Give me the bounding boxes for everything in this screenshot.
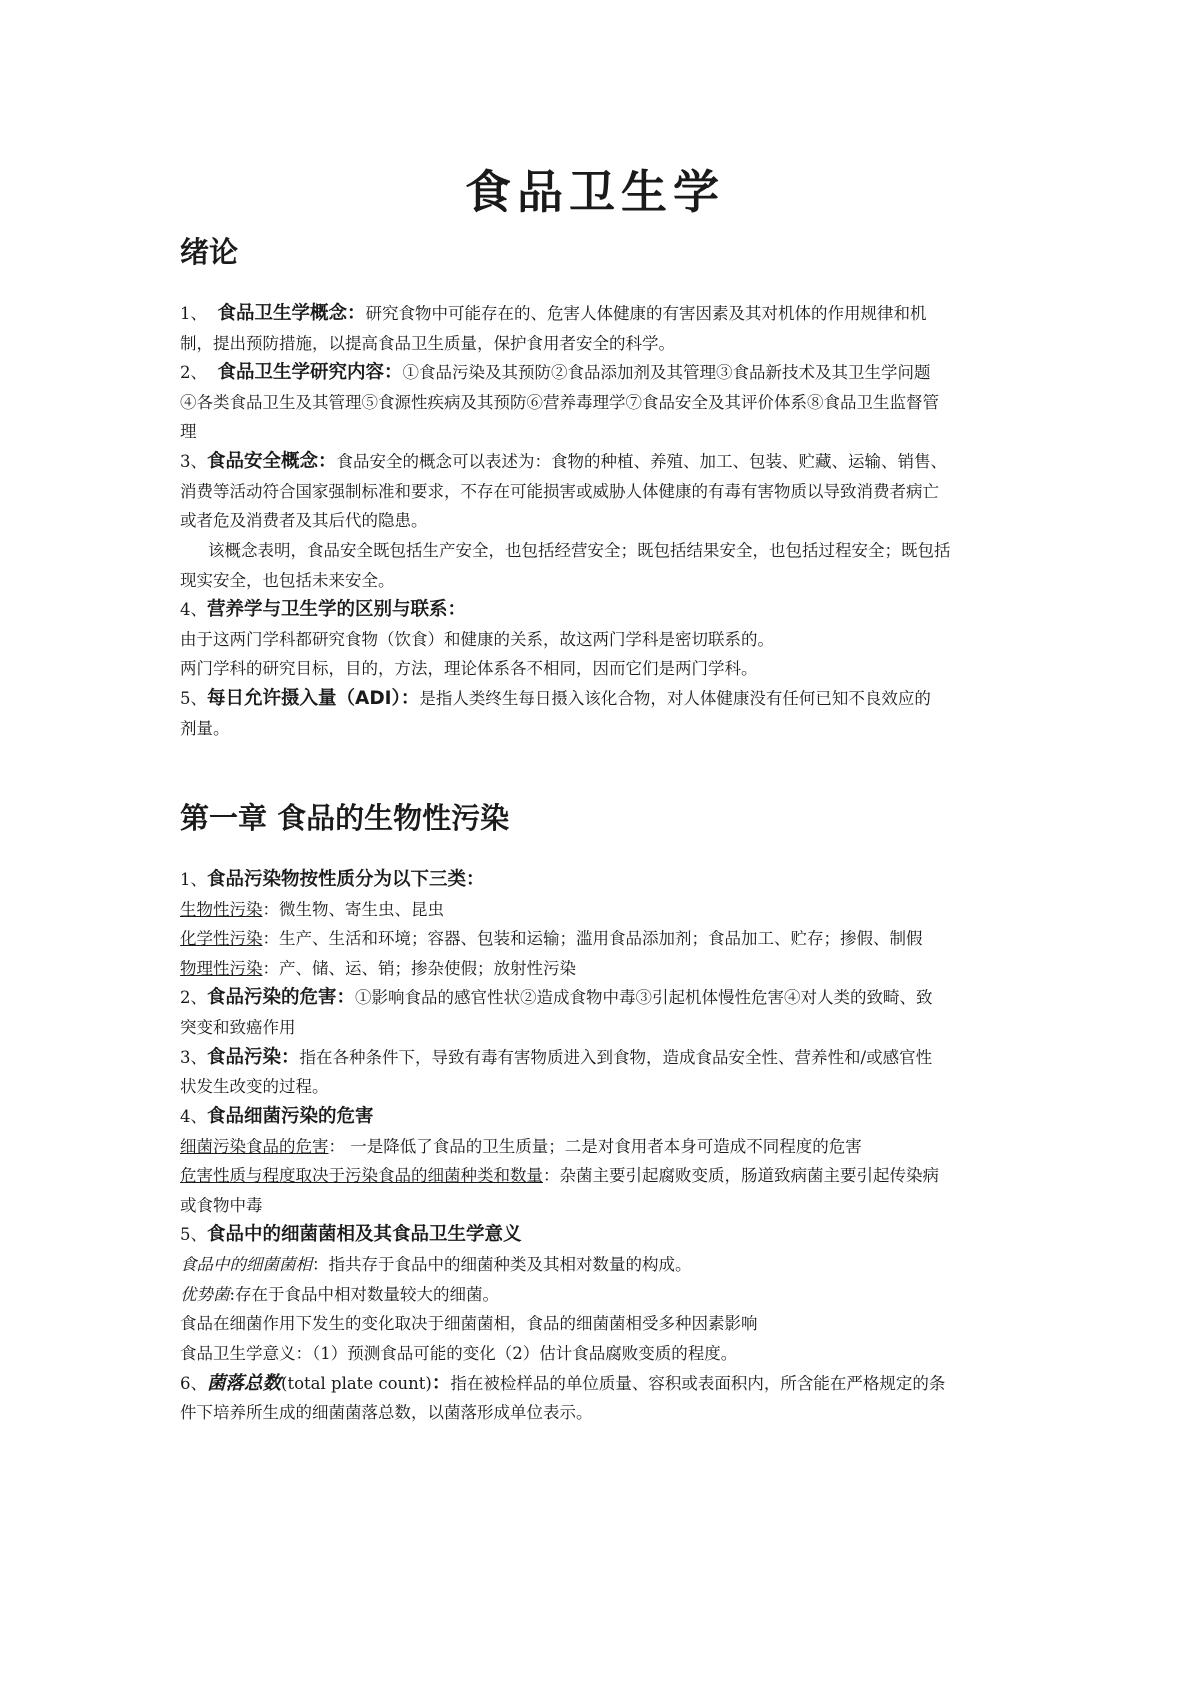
ch1-item-3-cont: 状发生改变的过程。 [180,1075,329,1099]
ch1-item-3: 3、食品污染：指在各种条件下，导致有毒有害物质进入到食物，造成食品安全性、营养性… [180,1046,932,1070]
intro-item-3-note: 现实安全，也包括未来安全。 [180,569,395,593]
ch1-item-5-sub: 优势菌:存在于食品中相对数量较大的细菌。 [180,1283,499,1307]
intro-item-2-cont: ④各类食品卫生及其管理⑤食源性疾病及其预防⑥营养毒理学⑦食品安全及其评价体系⑧食… [180,391,939,415]
intro-item-1: 1、 食品卫生学概念：研究食物中可能存在的、危害人体健康的有害因素及其对机体的作… [180,302,927,326]
intro-item-5-cont: 剂量。 [180,717,230,741]
ch1-item-1-sub: 化学性污染：生产、生活和环境；容器、包装和运输；滥用食品添加剂；食品加工、贮存；… [180,927,923,951]
intro-item-3-cont: 消费等活动符合国家强制标准和要求，不存在可能损害或威胁人体健康的有毒有害物质以导… [180,480,939,504]
ch1-item-5-sub: 食品中的细菌菌相：指共存于食品中的细菌种类及其相对数量的构成。 [180,1253,692,1277]
ch1-item-5: 5、食品中的细菌菌相及其食品卫生学意义 [180,1223,522,1247]
term: 食品污染 [207,1047,281,1068]
ch1-item-6: 6、菌落总数(total plate count)：指在被检样品的单位质量、容积… [180,1372,945,1396]
term: 食品安全概念 [207,451,318,472]
ch1-item-4: 4、食品细菌污染的危害 [180,1105,374,1129]
term: 食品卫生学概念 [218,303,348,324]
term: 食品污染的危害 [207,987,337,1008]
ch1-item-5-line: 食品卫生学意义：（1）预测食品可能的变化（2）估计食品腐败变质的程度。 [180,1342,737,1366]
ch1-item-4-sub: 危害性质与程度取决于污染食品的细菌种类和数量：杂菌主要引起腐败变质，肠道致病菌主… [180,1164,939,1188]
term: 营养学与卫生学的区别与联系 [207,599,448,620]
term: 每日允许摄入量（ADI） [207,688,401,709]
term: 食品中的细菌菌相及其食品卫生学意义 [207,1224,522,1245]
ch1-item-1-sub: 物理性污染：产、储、运、销；掺杂使假；放射性污染 [180,957,576,981]
ch1-item-4-sub: 细菌污染食品的危害： 一是降低了食品的卫生质量；二是对食用者本身可造成不同程度的… [180,1135,862,1159]
document-title: 食品卫生学 [180,162,1010,222]
intro-item-4-line: 由于这两门学科都研究食物（饮食）和健康的关系，故这两门学科是密切联系的。 [180,628,774,652]
intro-item-3: 3、食品安全概念：食品安全的概念可以表述为：食物的种植、养殖、加工、包装、贮藏、… [180,450,947,474]
intro-item-2: 2、 食品卫生学研究内容：①食品污染及其预防②食品添加剂及其管理③食品新技术及其… [180,361,931,385]
intro-item-4-line: 两门学科的研究目标，目的，方法，理论体系各不相同，因而它们是两门学科。 [180,657,758,681]
ch1-item-1: 1、食品污染物按性质分为以下三类： [180,868,485,892]
term: 食品细菌污染的危害 [207,1106,374,1127]
intro-item-2-cont: 理 [180,420,197,444]
section-heading-intro: 绪论 [180,232,238,272]
ch1-item-6-cont: 件下培养所生成的细菌菌落总数，以菌落形成单位表示。 [180,1401,593,1425]
intro-item-1-cont: 制，提出预防措施，以提高食品卫生质量，保护食用者安全的科学。 [180,332,675,356]
term: 食品污染物按性质分为以下三类 [207,869,466,890]
section-heading-chapter1: 第一章 食品的生物性污染 [180,798,509,838]
intro-item-5: 5、每日允许摄入量（ADI）：是指人类终生每日摄入该化合物，对人体健康没有任何已… [180,687,931,711]
term: 食品卫生学研究内容 [218,362,385,383]
intro-item-3-cont: 或者危及消费者及其后代的隐患。 [180,509,428,533]
ch1-item-5-line: 食品在细菌作用下发生的变化取决于细菌菌相，食品的细菌菌相受多种因素影响 [180,1312,758,1336]
ch1-item-1-sub: 生物性污染：微生物、寄生虫、昆虫 [180,898,444,922]
ch1-item-4-cont: 或食物中毒 [180,1194,263,1218]
term: 菌落总数 [207,1373,281,1394]
ch1-item-2-cont: 突变和致癌作用 [180,1016,296,1040]
ch1-item-2: 2、食品污染的危害：①影响食品的感官性状②造成食物中毒③引起机体慢性危害④对人类… [180,986,933,1010]
intro-item-4: 4、营养学与卫生学的区别与联系： [180,598,466,622]
intro-item-3-note: 该概念表明，食品安全既包括生产安全，也包括经营安全；既包括结果安全，也包括过程安… [180,539,951,563]
